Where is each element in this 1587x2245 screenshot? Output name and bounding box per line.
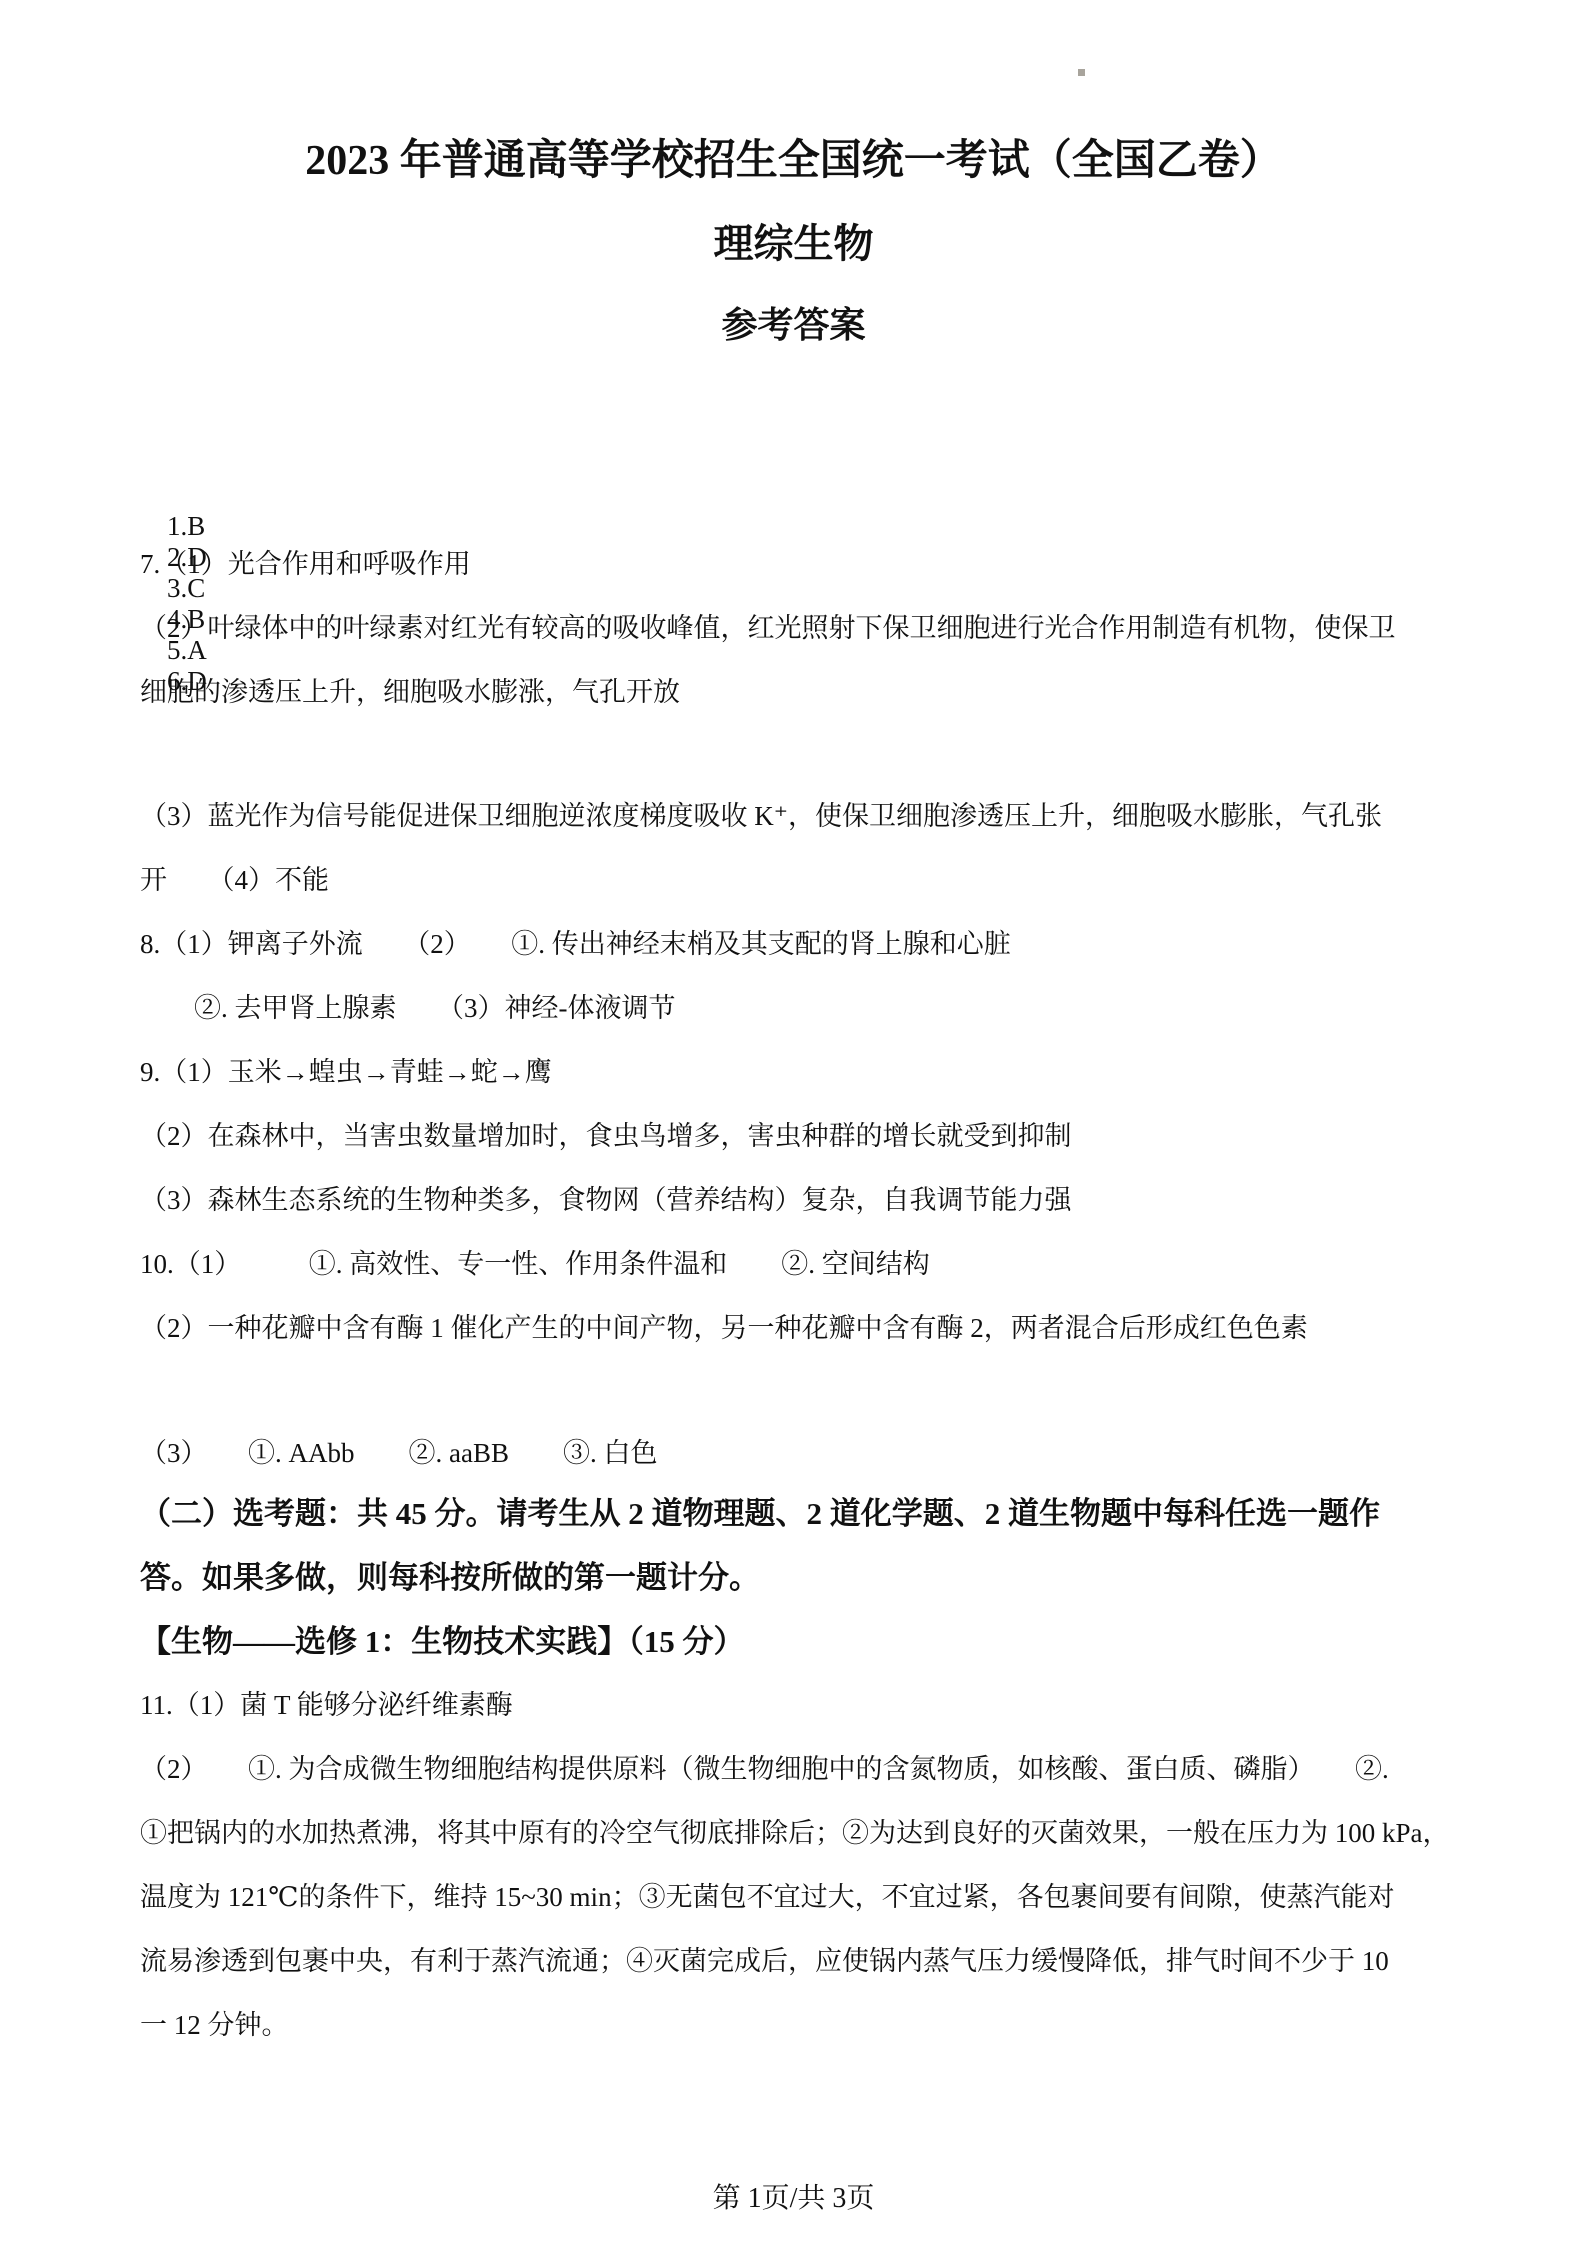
answer-q7-part3-line1: （3）蓝光作为信号能促进保卫细胞逆浓度梯度吸收 K⁺，使保卫细胞渗透压上升，细胞… <box>140 799 1447 834</box>
answer-q11-line2: （2） ①. 为合成微生物细胞结构提供原料（微生物细胞中的含氮物质，如核酸、蛋白… <box>140 1752 1447 1787</box>
document-title: 2023 年普通高等学校招生全国统一考试（全国乙卷） <box>0 138 1587 184</box>
answer-q10-part2: （2）一种花瓣中含有酶 1 催化产生的中间产物，另一种花瓣中含有酶 2，两者混合… <box>140 1311 1447 1346</box>
elective-module-heading: 【生物——选修 1：生物技术实践】（15 分） <box>140 1622 1447 1662</box>
answer-q7-part3-4: 开 （4）不能 <box>140 863 1447 898</box>
page-number-footer: 第 1页/共 3页 <box>0 2176 1587 2216</box>
answer-q11-line3: ①把锅内的水加热煮沸，将其中原有的冷空气彻底排除后；②为达到良好的灭菌效果，一般… <box>140 1816 1447 1851</box>
answer-q10-part3: （3） ①. AAbb ②. aaBB ③. 白色 <box>140 1436 1447 1471</box>
answer-q7-part1: 7.（1）光合作用和呼吸作用 <box>140 547 1447 582</box>
answer-q9-part2: （2）在森林中，当害虫数量增加时，食虫鸟增多，害虫种群的增长就受到抑制 <box>140 1119 1447 1154</box>
document-page: 2023 年普通高等学校招生全国统一考试（全国乙卷） 理综生物 参考答案 1.B… <box>0 0 1587 2245</box>
stray-dot-artifact <box>1078 69 1085 76</box>
answer-q8-line2: ②. 去甲肾上腺素 （3）神经-体液调节 <box>140 991 1447 1026</box>
answer-key-heading: 参考答案 <box>0 306 1587 346</box>
answer-q11-part1: 11.（1）菌 T 能够分泌纤维素酶 <box>140 1688 1447 1723</box>
answer-q9-part3: （3）森林生态系统的生物种类多，食物网（营养结构）复杂，自我调节能力强 <box>140 1183 1447 1218</box>
choice-answer-1: 1.B <box>167 511 205 542</box>
answer-q11-line4: 温度为 121℃的条件下，维持 15~30 min；③无菌包不宜过大，不宜过紧，… <box>140 1880 1447 1915</box>
answer-q7-part2-line2: 细胞的渗透压上升，细胞吸水膨涨，气孔开放 <box>140 675 1447 710</box>
elective-section-instructions-line1: （二）选考题：共 45 分。请考生从 2 道物理题、2 道化学题、2 道生物题中… <box>140 1494 1447 1534</box>
answer-q7-part2-line1: （2）叶绿体中的叶绿素对红光有较高的吸收峰值，红光照射下保卫细胞进行光合作用制造… <box>140 611 1447 646</box>
document-subtitle: 理综生物 <box>0 222 1587 266</box>
answer-q8-line1: 8.（1）钾离子外流 （2） ①. 传出神经末梢及其支配的肾上腺和心脏 <box>140 927 1447 962</box>
answer-q11-line5: 流易渗透到包裹中央，有利于蒸汽流通；④灭菌完成后，应使锅内蒸气压力缓慢降低，排气… <box>140 1944 1447 1979</box>
answer-q9-part1: 9.（1）玉米→蝗虫→青蛙→蛇→鹰 <box>140 1055 1447 1090</box>
elective-section-instructions-line2: 答。如果多做，则每科按所做的第一题计分。 <box>140 1558 1447 1598</box>
answer-q10-part1: 10.（1） ①. 高效性、专一性、作用条件温和 ②. 空间结构 <box>140 1247 1447 1282</box>
answer-q11-line6: 一 12 分钟。 <box>140 2008 1447 2043</box>
